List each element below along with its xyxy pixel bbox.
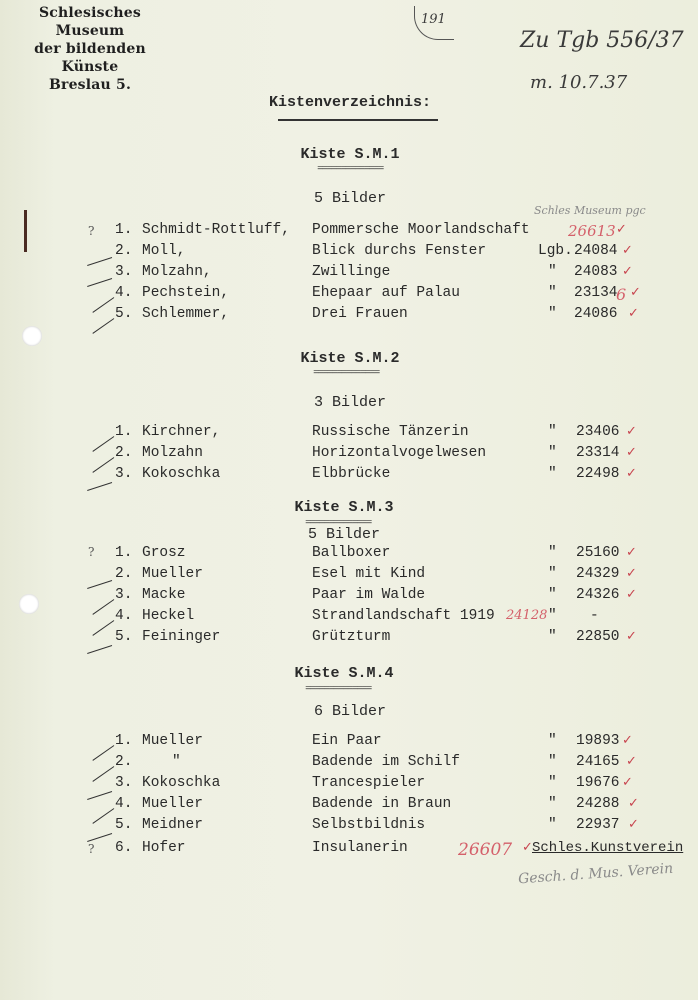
inventory-number: 23406 <box>576 424 620 440</box>
item-number: 4. <box>115 285 132 301</box>
list-item: 3. Kokoschka Trancespieler " 19676 ✓ <box>0 775 698 796</box>
title-underline <box>278 119 438 121</box>
checkmark-icon: ✓ <box>626 545 637 560</box>
box-count: 5 Bilder <box>250 190 450 207</box>
list-item: 4. Pechstein, Ehepaar auf Palau " 23134 … <box>0 285 698 306</box>
reference-note: Zu Tgb 556/37 <box>520 28 684 53</box>
date-note: m. 10.7.37 <box>530 72 627 93</box>
inventory-number: 24083 <box>574 264 618 280</box>
letterhead: Schlesisches Museum der bildenden Künste… <box>10 4 170 94</box>
item-title: Elbbrücke <box>312 466 390 482</box>
item-number: 3. <box>115 264 132 280</box>
item-number: 2. <box>115 754 132 770</box>
item-title: Badende in Braun <box>312 796 451 812</box>
item-artist-ditto: " <box>172 754 181 770</box>
ditto-mark: " <box>548 285 557 301</box>
item-title: Grützturm <box>312 629 390 645</box>
ditto-mark: " <box>548 264 557 280</box>
ditto-mark: " <box>548 796 557 812</box>
item-title: Blick durchs Fenster <box>312 243 486 259</box>
checkmark-icon: ✓ <box>626 466 637 481</box>
item-number: 1. <box>115 424 132 440</box>
list-item: 4. Heckel Strandlandschaft 1919 24128 " … <box>0 608 698 629</box>
item-artist: Schlemmer, <box>142 306 229 322</box>
item-number: 1. <box>115 222 132 238</box>
list-item: 3. Molzahn, Zwillinge " 24083 ✓ <box>0 264 698 285</box>
double-underline: ============== <box>276 686 400 694</box>
checkmark-icon: ✓ <box>628 817 639 832</box>
punch-hole-icon <box>22 326 42 346</box>
pencil-note: Gesch. d. Mus. Verein <box>518 861 674 888</box>
item-title: Badende im Schilf <box>312 754 460 770</box>
list-item: 3. Kokoschka Elbbrücke " 22498 ✓ <box>0 466 698 487</box>
item-number: 2. <box>115 243 132 259</box>
item-title: Ballboxer <box>312 545 390 561</box>
item-artist: Mueller <box>142 796 203 812</box>
item-number: 4. <box>115 796 132 812</box>
item-title: Paar im Walde <box>312 587 425 603</box>
letterhead-line-3: Breslau 5. <box>10 76 170 94</box>
list-item: 5. Feininger Grützturm " 22850 ✓ <box>0 629 698 650</box>
box-count: 5 Bilder <box>244 526 444 543</box>
item-title: Pommersche Moorlandschaft <box>312 222 530 238</box>
list-item: 1. Mueller Ein Paar " 19893 ✓ <box>0 733 698 754</box>
ditto-mark: " <box>548 775 557 791</box>
checkmark-icon: ✓ <box>630 285 641 300</box>
list-item: 2. Molzahn Horizontalvogelwesen " 23314 … <box>0 445 698 466</box>
tick-mark-icon <box>87 645 112 654</box>
margin-query-mark: ? <box>88 545 94 559</box>
inventory-number: 19676 <box>576 775 620 791</box>
checkmark-icon: ✓ <box>628 306 639 321</box>
item-artist: Heckel <box>142 608 194 624</box>
inventory-number: 25160 <box>576 545 620 561</box>
list-item: ? 6. Hofer Insulanerin 26607 ✓ Schles.Ku… <box>0 840 698 861</box>
inventory-prefix: Lgb. <box>538 243 573 259</box>
inventory-number: 22498 <box>576 466 620 482</box>
item-number: 5. <box>115 306 132 322</box>
ditto-mark: " <box>548 733 557 749</box>
checkmark-icon: ✓ <box>622 775 633 790</box>
inventory-number: 19893 <box>576 733 620 749</box>
item-number: 1. <box>115 733 132 749</box>
list-item: 2. " Badende im Schilf " 24165 ✓ <box>0 754 698 775</box>
list-item: 5. Meidner Selbstbildnis " 22937 ✓ <box>0 817 698 838</box>
item-artist: Molzahn, <box>142 264 212 280</box>
ditto-mark: " <box>548 424 557 440</box>
item-number: 3. <box>115 775 132 791</box>
item-artist: Kokoschka <box>142 466 220 482</box>
ditto-mark: " <box>548 566 557 582</box>
letterhead-line-2: der bildenden Künste <box>10 40 170 76</box>
item-title: Drei Frauen <box>312 306 408 322</box>
inventory-number: 22850 <box>576 629 620 645</box>
ditto-mark: " <box>548 608 557 624</box>
double-underline: ============== <box>286 166 414 174</box>
item-title: Ehepaar auf Palau <box>312 285 460 301</box>
ditto-mark: " <box>548 629 557 645</box>
lender-name: Schles.Kunstverein <box>532 840 683 856</box>
checkmark-icon: ✓ <box>626 424 637 439</box>
list-item: 1. Kirchner, Russische Tänzerin " 23406 … <box>0 424 698 445</box>
inventory-number: 24326 <box>576 587 620 603</box>
ditto-mark: " <box>548 445 557 461</box>
checkmark-icon: ✓ <box>622 733 633 748</box>
item-title: Esel mit Kind <box>312 566 425 582</box>
item-number: 2. <box>115 445 132 461</box>
folio-number: 191 <box>414 6 454 40</box>
box-heading: Kiste S.M.2 <box>250 350 450 367</box>
item-title: Russische Tänzerin <box>312 424 469 440</box>
item-title: Zwillinge <box>312 264 390 280</box>
item-artist: Feininger <box>142 629 220 645</box>
inventory-number: 24084 <box>574 243 618 259</box>
checkmark-icon: ✓ <box>622 243 633 258</box>
item-artist: Moll, <box>142 243 186 259</box>
red-correction-note: 6 <box>616 285 626 304</box>
checkmark-icon: ✓ <box>616 222 627 237</box>
item-title: Horizontalvogelwesen <box>312 445 486 461</box>
inventory-number: 24086 <box>574 306 618 322</box>
item-artist: Mueller <box>142 566 203 582</box>
item-artist: Kirchner, <box>142 424 220 440</box>
item-artist: Grosz <box>142 545 186 561</box>
ditto-mark: " <box>548 466 557 482</box>
inventory-number: 24288 <box>576 796 620 812</box>
item-number: 4. <box>115 608 132 624</box>
checkmark-icon: ✓ <box>622 264 633 279</box>
item-number: 6. <box>115 840 132 856</box>
item-artist: Hofer <box>142 840 186 856</box>
item-artist: Meidner <box>142 817 203 833</box>
box-count: 6 Bilder <box>250 703 450 720</box>
inventory-number: 22937 <box>576 817 620 833</box>
item-artist: Kokoschka <box>142 775 220 791</box>
document-title: Kistenverzeichnis: <box>250 94 450 111</box>
checkmark-icon: ✓ <box>628 796 639 811</box>
item-artist: Macke <box>142 587 186 603</box>
red-inventory-note: 24128 <box>506 608 547 623</box>
list-item: ? 1. Schmidt-Rottluff, Pommersche Moorla… <box>0 222 698 243</box>
item-number: 3. <box>115 587 132 603</box>
list-item: 3. Macke Paar im Walde " 24326 ✓ <box>0 587 698 608</box>
ditto-mark: " <box>548 754 557 770</box>
item-number: 2. <box>115 566 132 582</box>
pencil-note: Schles Museum pgc <box>534 204 674 217</box>
checkmark-icon: ✓ <box>626 445 637 460</box>
inventory-number: 23314 <box>576 445 620 461</box>
item-title: Ein Paar <box>312 733 382 749</box>
double-underline: ============== <box>292 370 400 378</box>
box-heading: Kiste S.M.4 <box>244 665 444 682</box>
item-title: Trancespieler <box>312 775 425 791</box>
checkmark-icon: ✓ <box>626 566 637 581</box>
list-item: ? 1. Grosz Ballboxer " 25160 ✓ <box>0 545 698 566</box>
tick-mark-icon <box>92 318 114 334</box>
item-artist: Molzahn <box>142 445 203 461</box>
list-item: 2. Mueller Esel mit Kind " 24329 ✓ <box>0 566 698 587</box>
ditto-mark: " <box>548 587 557 603</box>
item-number: 5. <box>115 629 132 645</box>
inventory-number: - <box>590 608 599 624</box>
tick-mark-icon <box>87 482 112 491</box>
inventory-number: 24329 <box>576 566 620 582</box>
ditto-mark: " <box>548 306 557 322</box>
ditto-mark: " <box>548 817 557 833</box>
item-artist: Pechstein, <box>142 285 229 301</box>
item-title: Selbstbildnis <box>312 817 425 833</box>
box-heading: Kiste S.M.3 <box>244 499 444 516</box>
item-number: 5. <box>115 817 132 833</box>
item-artist: Mueller <box>142 733 203 749</box>
item-title: Insulanerin <box>312 840 408 856</box>
item-number: 1. <box>115 545 132 561</box>
red-inventory-note: 26607 <box>458 840 512 860</box>
list-item: 4. Mueller Badende in Braun " 24288 ✓ <box>0 796 698 817</box>
item-number: 3. <box>115 466 132 482</box>
list-item: 5. Schlemmer, Drei Frauen " 24086 ✓ <box>0 306 698 327</box>
red-inventory-note: 26613 <box>568 222 616 240</box>
checkmark-icon: ✓ <box>626 754 637 769</box>
letterhead-line-1: Schlesisches Museum <box>10 4 170 40</box>
checkmark-icon: ✓ <box>626 629 637 644</box>
margin-query-mark: ? <box>88 842 94 856</box>
box-heading: Kiste S.M.1 <box>250 146 450 163</box>
box-count: 3 Bilder <box>250 394 450 411</box>
inventory-number: 24165 <box>576 754 620 770</box>
margin-query-mark: ? <box>88 224 94 238</box>
item-artist: Schmidt-Rottluff, <box>142 222 290 238</box>
checkmark-icon: ✓ <box>626 587 637 602</box>
item-title: Strandlandschaft 1919 <box>312 608 495 624</box>
list-item: 2. Moll, Blick durchs Fenster Lgb. 24084… <box>0 243 698 264</box>
ditto-mark: " <box>548 545 557 561</box>
inventory-number: 23134 <box>574 285 618 301</box>
